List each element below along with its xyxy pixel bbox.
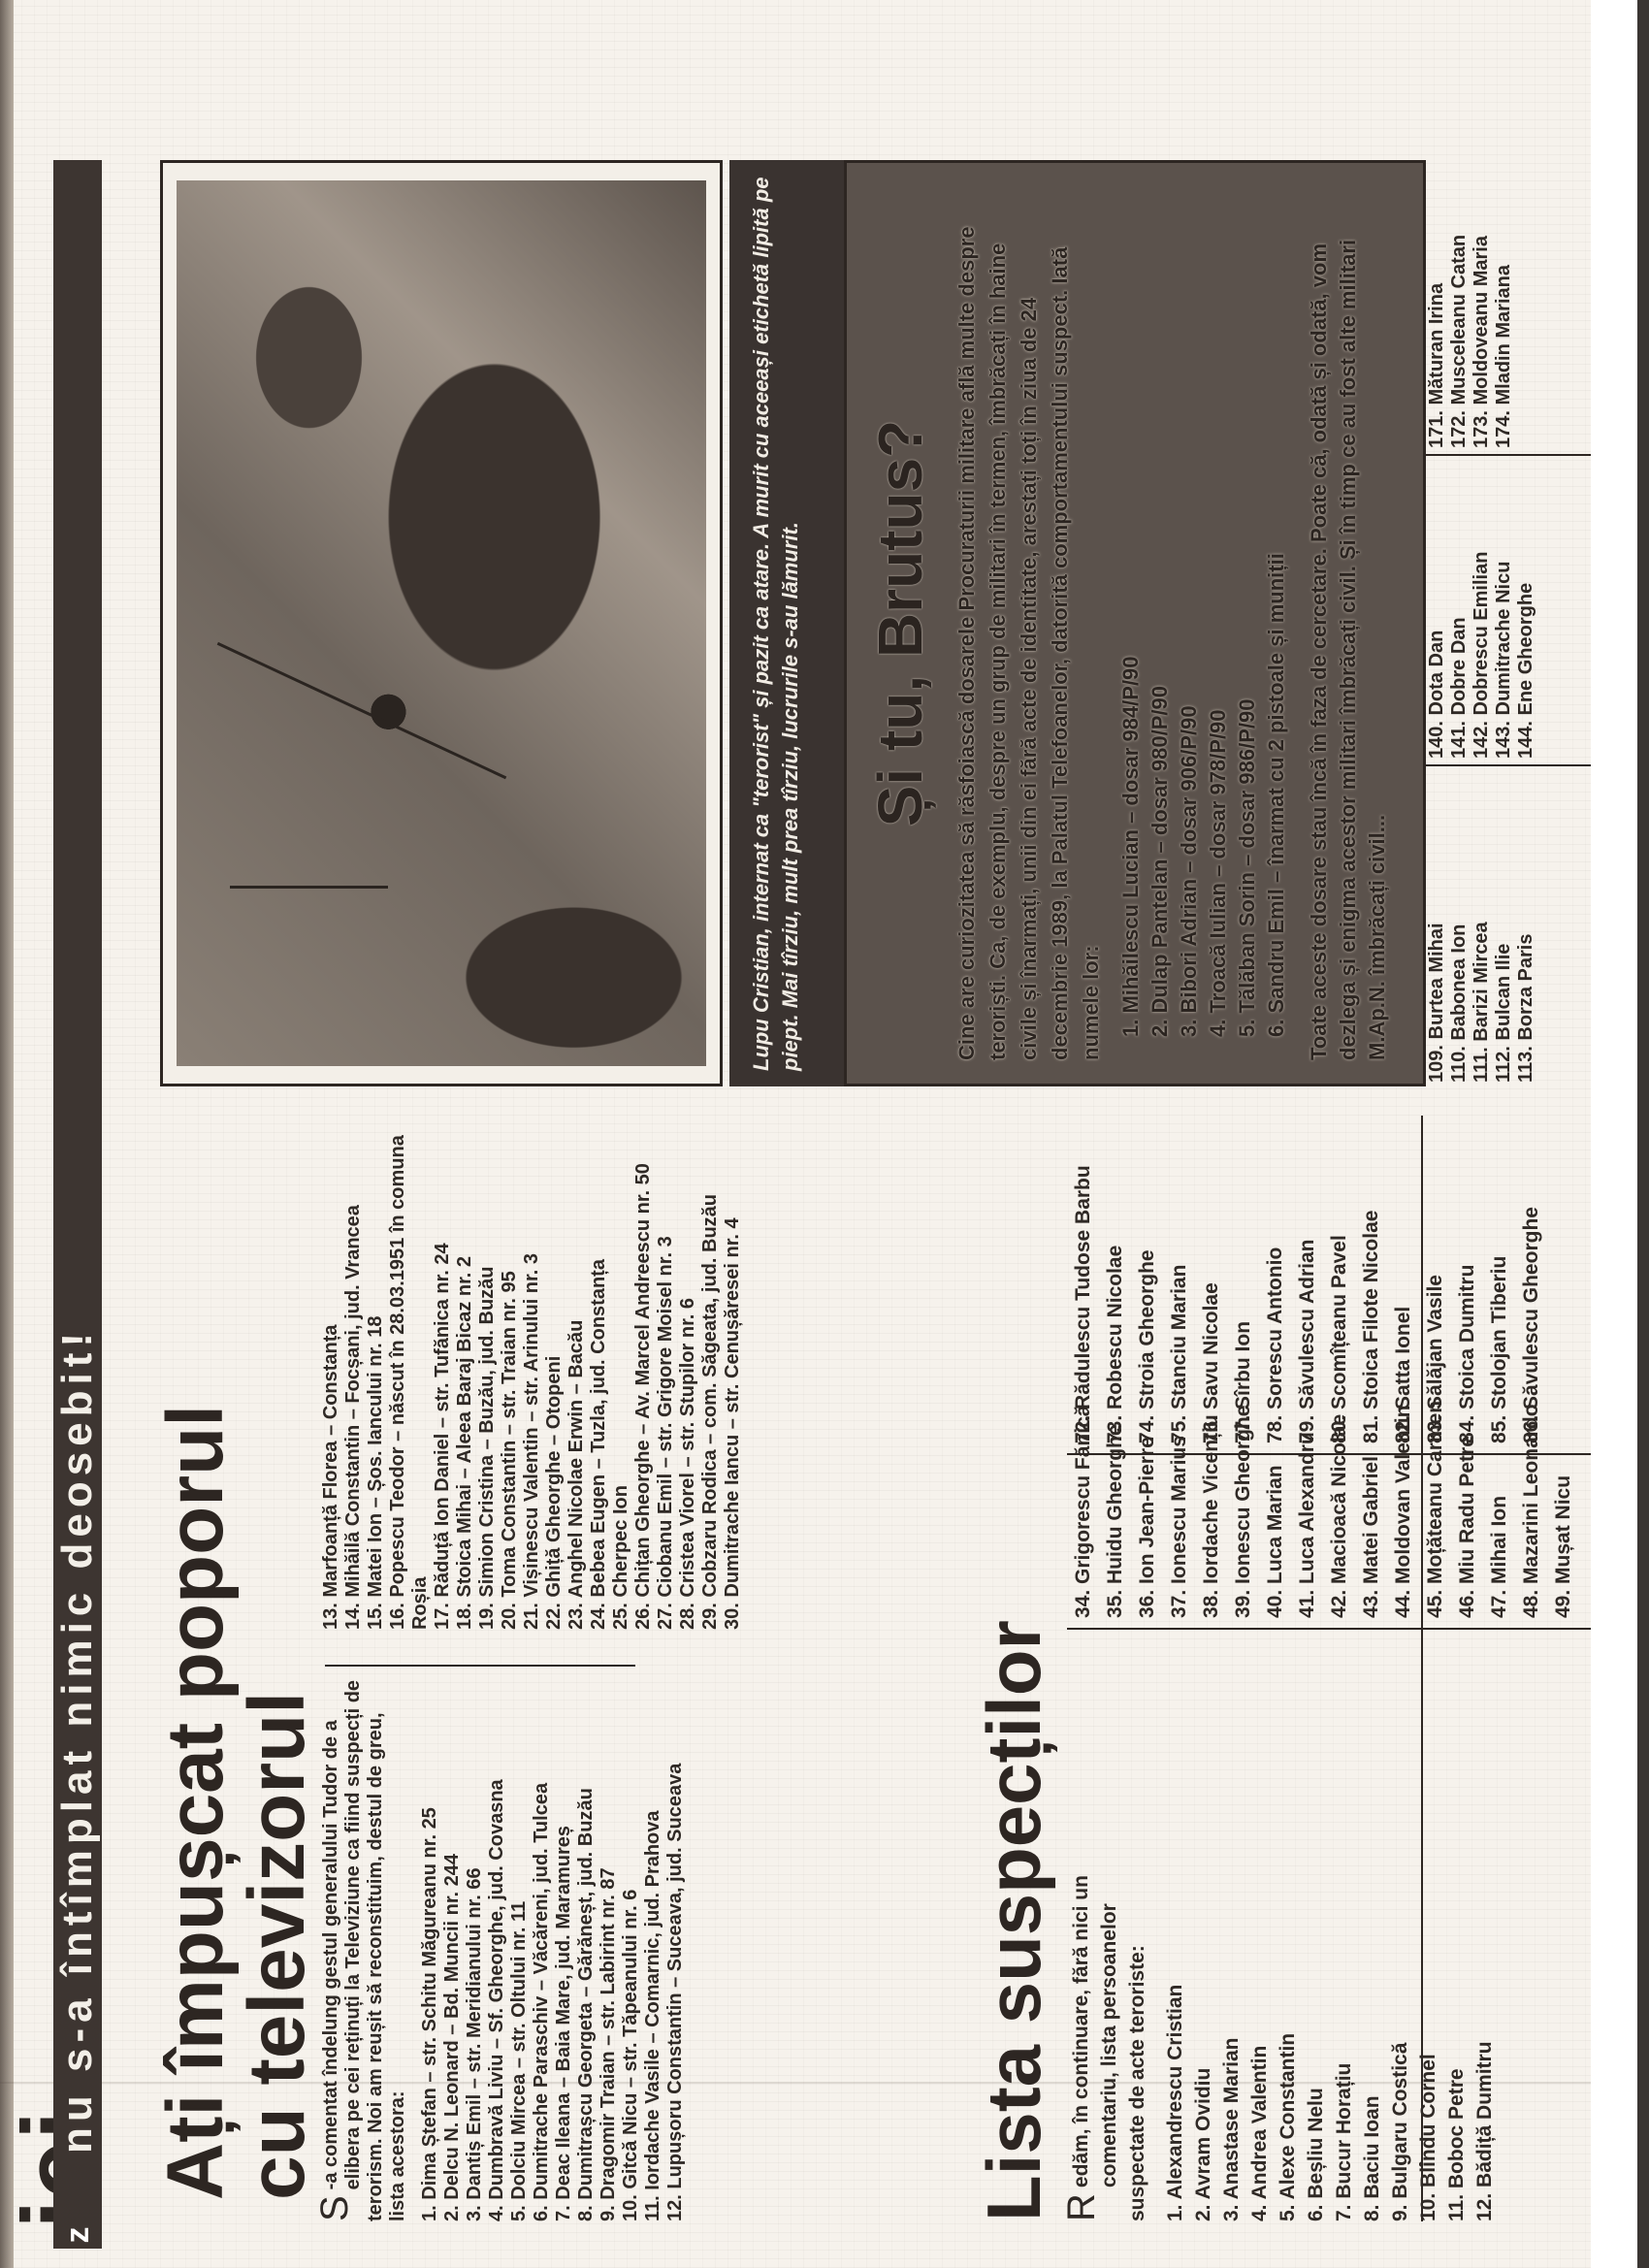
list-item-text: Dantiș Emil – str. Meridianului nr. 66: [464, 1867, 485, 2199]
list-item-text: Cherpec Ion: [610, 1485, 631, 1598]
list-item-text: Dumbravă Liviu – Sf. Gheorghe, jud. Cova…: [486, 1779, 507, 2199]
list-item: 27. Ciobanu Emil – str. Grigore Moisel n…: [655, 1116, 677, 1630]
list-item: 142. Dobrescu Emilian: [1471, 458, 1493, 759]
list-item-number: 1.: [419, 2205, 440, 2221]
list-item: 6. Beșliu Nelu: [1302, 1678, 1330, 2221]
page-marker: z: [53, 2221, 102, 2249]
list-item-number: 113.: [1515, 1046, 1536, 1083]
list-item-number: 78.: [1264, 1415, 1286, 1443]
list-item-number: 48.: [1520, 1590, 1542, 1618]
list-item-number: 141.: [1448, 721, 1470, 759]
list-item-number: 40.: [1264, 1590, 1286, 1618]
list-item-number: 173.: [1471, 410, 1492, 448]
list-item-text: Mihăilă Constantin – Focșani, jud. Vranc…: [342, 1205, 364, 1598]
list-item-number: 172.: [1448, 410, 1470, 448]
list-item: 12. Lupușoru Constantin – Suceava, jud. …: [664, 1678, 687, 2221]
newspaper-page: iei z nu s-a întîmplat nimic deosebit! A…: [0, 0, 1649, 2268]
list-item-text: Matei Ion – Șos. Iancului nr. 18: [365, 1316, 386, 1598]
list-item: 11. Boboc Petre: [1442, 1678, 1471, 2221]
list-item-text: Blîndu Cornel: [1417, 2054, 1439, 2187]
list-item-number: 26.: [632, 1603, 654, 1630]
list-item-number: 25.: [610, 1603, 631, 1630]
list-item: 74. Stroia Gheorghe: [1131, 1114, 1163, 1443]
list-item-text: Popescu Teodor – născut în 28.03.1951 în…: [387, 1135, 431, 1630]
list-item-number: 144.: [1515, 721, 1536, 759]
list-item-text: Stoica Mihai – Aleea Baraj Bicaz nr. 2: [454, 1256, 475, 1598]
list-item-number: 9.: [598, 2205, 619, 2221]
list-item-number: 23.: [566, 1603, 587, 1630]
list-item-text: Andrea Valentin: [1248, 2046, 1271, 2200]
list-item-number: 24.: [588, 1603, 609, 1630]
list-item-number: 44.: [1392, 1590, 1414, 1618]
list-item-number: 1.: [1164, 2204, 1186, 2221]
list-item: 79. Săvulescu Adrian: [1291, 1114, 1323, 1443]
list-item-text: Dobrescu Emilian: [1471, 552, 1492, 716]
suspect-column-4: 109. Burtea Mihai110. Babonea Ion111. Ba…: [1426, 792, 1591, 1083]
list-item: 15. Matei Ion – Șos. Iancului nr. 18: [365, 1116, 387, 1630]
list-item-number: 2.: [441, 2205, 463, 2221]
list-item-number: 7.: [1333, 2204, 1355, 2221]
sidebar-list: 1. Mihăilescu Lucian – dosar 984/P/902. …: [1116, 186, 1291, 1037]
list-item-text: Simion Cristina – Buzău, jud. Buzău: [476, 1266, 498, 1597]
list-item-number: 10.: [620, 2194, 641, 2221]
list-item-number: 18.: [454, 1603, 475, 1630]
list-item-number: 29.: [699, 1603, 721, 1630]
list-item-text: Lupușoru Constantin – Suceava, jud. Suce…: [664, 1764, 686, 2189]
list-item: 25. Cherpec Ion: [610, 1116, 632, 1630]
list-item-text: Dumitrache Paraschiv – Văcăreni, jud. Tu…: [531, 1783, 552, 2200]
list-item-text: Delcu N. Leonard – Bd. Muncii nr. 244: [441, 1854, 463, 2200]
list-item-number: 143.: [1493, 721, 1514, 759]
scan-edge-left: [0, 0, 14, 2268]
sidebar-box-brutus: Și tu, Brutus? Cine are curiozitatea să …: [844, 160, 1426, 1086]
list-item-text: Musceleanu Catan: [1448, 235, 1470, 405]
list-item-text: Răduță Ion Daniel – str. Tufănica nr. 24: [432, 1243, 453, 1597]
list-item-number: 6.: [1305, 2204, 1327, 2221]
photo-caption: Lupu Cristian, internat ca "terorist" și…: [729, 160, 844, 1086]
list-item: 80. Scomîțeanu Pavel: [1323, 1114, 1355, 1443]
list-item-text: Ghiță Gheorghe – Otopeni: [543, 1356, 565, 1598]
list-item-text: Stolojan Tiberiu: [1488, 1256, 1510, 1409]
list-item-text: Avram Ovidiu: [1192, 2068, 1214, 2200]
list-item-number: 38.: [1200, 1590, 1222, 1618]
list-item-text: Savu Nicolae: [1200, 1282, 1222, 1409]
lista-headline: Lista suspecților: [970, 1620, 1057, 2221]
list-item: 73. Robescu Nicolae: [1099, 1114, 1131, 1443]
list-item-number: 79.: [1296, 1415, 1318, 1443]
list-item-text: Toma Constantin – str. Traian nr. 95: [499, 1271, 520, 1597]
list-item-text: Chițan Gheorghe – Av. Marcel Andreescu n…: [632, 1163, 654, 1598]
list-item-number: 174.: [1493, 410, 1514, 448]
list-item-number: 42.: [1328, 1590, 1350, 1618]
list-item-text: Stroia Gheorghe: [1136, 1249, 1158, 1409]
list-item: 140. Dota Dan: [1426, 458, 1448, 759]
list-item-text: Bulcan Ilie: [1493, 944, 1514, 1041]
list-item: 13. Marfoanță Florea – Constanța: [320, 1116, 342, 1630]
list-item-text: Stoica Dumitru: [1456, 1265, 1478, 1409]
list-item-number: 45.: [1424, 1590, 1446, 1618]
list-item-number: 1.: [1118, 1020, 1143, 1037]
list-item-text: Bibori Adrian – dosar 906/P/90: [1177, 705, 1201, 1013]
list-item-number: 8.: [1361, 2204, 1383, 2221]
list-item: 84. Stoica Dumitru: [1451, 1114, 1483, 1443]
list-item-number: 7.: [553, 2205, 574, 2221]
dropcap: R: [1067, 2193, 1096, 2221]
list-item: 29. Cobzaru Rodica – com. Săgeata, jud. …: [699, 1116, 722, 1630]
list-item-number: 111.: [1471, 1047, 1492, 1083]
list-item: 113. Borza Paris: [1515, 792, 1537, 1083]
list-item: 141. Dobre Dan: [1448, 458, 1471, 759]
column-divider: [325, 1665, 635, 1667]
list-item-number: 86.: [1520, 1415, 1542, 1443]
list-item: 5. Dolciu Mircea – str. Oltului nr. 11: [508, 1678, 531, 2221]
list-item-number: 3.: [1177, 1020, 1201, 1037]
list-item-number: 46.: [1456, 1590, 1478, 1618]
list-item-number: 11.: [642, 2195, 663, 2221]
list-item: 28. Cristea Viorel – str. Stupilor nr. 6: [677, 1116, 699, 1630]
list-item-text: Satta Ionel: [1392, 1307, 1414, 1409]
list-item: 78. Sorescu Antonio: [1259, 1114, 1291, 1443]
list-item: 4. Dumbravă Liviu – Sf. Gheorghe, jud. C…: [486, 1678, 508, 2221]
list-item-text: Miu Radu Petre: [1456, 1436, 1478, 1584]
list-item-number: 34.: [1072, 1590, 1094, 1618]
list-item: 2. Delcu N. Leonard – Bd. Muncii nr. 244: [441, 1678, 464, 2221]
list-item-text: Troacă Iulian – dosar 978/P/90: [1206, 709, 1230, 1013]
list-item-number: 82.: [1392, 1415, 1414, 1443]
column-divider: [1067, 1628, 1591, 1630]
list-item-number: 12.: [664, 2194, 686, 2221]
list-item: 172. Musceleanu Catan: [1448, 157, 1471, 448]
headline-line-1: Ați împușcat poporul: [155, 1085, 237, 2200]
list-item-number: 6.: [1264, 1020, 1288, 1037]
list-item-number: 5.: [508, 2205, 530, 2221]
list-item-number: 73.: [1104, 1415, 1126, 1443]
list-item: 9. Dragomir Traian – str. Labirint nr. 8…: [598, 1678, 620, 2221]
list-item: 85. Stolojan Tiberiu: [1483, 1114, 1515, 1443]
list-item: 3. Bibori Adrian – dosar 906/P/90: [1175, 186, 1204, 1037]
list-item: 110. Babonea Ion: [1448, 792, 1471, 1083]
list-item: 77. Sîrbu Ion: [1227, 1114, 1259, 1443]
list-item-text: Babonea Ion: [1448, 924, 1470, 1041]
list-item-number: 2.: [1192, 2204, 1214, 2221]
list-item-number: 35.: [1104, 1590, 1126, 1618]
list-item-text: Anastase Marian: [1220, 2038, 1243, 2200]
list-item-text: Dumitrache Nicu: [1493, 562, 1514, 716]
photo-detail: [230, 886, 389, 889]
list-item: 14. Mihăilă Constantin – Focșani, jud. V…: [342, 1116, 365, 1630]
list-item: 72. Rădulescu Tudose Barbu: [1067, 1114, 1099, 1443]
list-item-text: Mihai Ion: [1488, 1496, 1510, 1584]
list-item: 11. Iordache Vasile – Comarnic, jud. Pra…: [642, 1678, 664, 2221]
list-item-number: 77.: [1232, 1415, 1254, 1443]
list-item-text: Vișinescu Valentin – str. Arinului nr. 3: [521, 1253, 542, 1598]
list-item: 9. Bulgaru Costică: [1386, 1678, 1414, 2221]
list-item-number: 16.: [387, 1603, 408, 1630]
list-item: 6. Dumitrache Paraschiv – Văcăreni, jud.…: [531, 1678, 553, 2221]
list-item-number: 4.: [486, 2205, 507, 2221]
list-item-text: Luca Marian: [1264, 1465, 1286, 1584]
list-item-number: 142.: [1471, 721, 1492, 759]
list-item: 5. Tălăban Sorin – dosar 986/P/90: [1233, 186, 1262, 1037]
list-item-text: Beșliu Nelu: [1305, 2088, 1327, 2198]
list-item-number: 12.: [1473, 2193, 1496, 2221]
lista-intro: Redăm, în continuare, fără nici un comen…: [1067, 1872, 1151, 2221]
list-item-number: 4.: [1206, 1020, 1230, 1037]
list-item-text: Dumitrașcu Georgeta – Gărăneșt, jud. Buz…: [575, 1788, 597, 2200]
list-item: 19. Simion Cristina – Buzău, jud. Buzău: [476, 1116, 499, 1630]
list-item: 2. Avram Ovidiu: [1189, 1678, 1217, 2221]
list-item-text: Alexe Constantin: [1277, 2033, 1299, 2200]
list-item: 76. Savu Nicolae: [1195, 1114, 1227, 1443]
list-item: 24. Bebea Eugen – Tuzla, jud. Constanța: [588, 1116, 610, 1630]
list-item: 2. Dulap Pantelan – dosar 980/P/90: [1146, 186, 1175, 1037]
detainee-list-13-30: 13. Marfoanță Florea – Constanța14. Mihă…: [320, 1116, 744, 1630]
list-item-text: Anghel Nicolae Erwin – Bacău: [566, 1320, 587, 1599]
list-item: 16. Popescu Teodor – născut în 28.03.195…: [387, 1116, 432, 1630]
list-item-number: 14.: [342, 1603, 364, 1630]
list-item-text: Gitcă Nicu – str. Tăpeanului nr. 6: [620, 1890, 641, 2189]
list-item-text: Săvulescu Adrian: [1296, 1239, 1318, 1409]
list-item: 8. Baciu Ioan: [1358, 1678, 1386, 2221]
list-item-number: 5.: [1277, 2204, 1299, 2221]
list-item-text: Dobre Dan: [1448, 617, 1470, 715]
list-item-text: Bulgaru Costică: [1389, 2043, 1411, 2199]
scan-margin: [1591, 0, 1649, 2268]
list-item-text: Robescu Nicolae: [1104, 1246, 1126, 1409]
article-column-left: S-a comentat îndelung gestul generalului…: [320, 1678, 687, 2221]
list-item-number: 75.: [1168, 1415, 1190, 1443]
list-item-number: 20.: [499, 1603, 520, 1630]
detainee-list-1-12: 1. Dima Ștefan – str. Schitu Măgureanu n…: [419, 1678, 687, 2221]
list-item-number: 112.: [1493, 1046, 1514, 1083]
list-item: 174. Mladin Mariana: [1493, 157, 1515, 448]
list-item: 82. Satta Ionel: [1387, 1114, 1419, 1443]
list-item-text: Moldoveanu Maria: [1471, 236, 1492, 405]
list-item-text: Dima Ștefan – str. Schitu Măgureanu nr. …: [419, 1807, 440, 2200]
list-item: 75. Stanciu Marian: [1163, 1114, 1195, 1443]
list-item-number: 4.: [1248, 2204, 1271, 2221]
list-item-number: 15.: [365, 1603, 386, 1630]
column-divider: [1426, 454, 1591, 456]
list-item: 6. Sandru Emil – înarmat cu 2 pistoale ș…: [1262, 186, 1291, 1037]
list-item: 17. Răduță Ion Daniel – str. Tufănica nr…: [432, 1116, 454, 1630]
list-item-number: 21.: [521, 1603, 542, 1630]
list-item-text: Dolciu Mircea – str. Oltului nr. 11: [508, 1901, 530, 2200]
list-item-text: Ionescu Marius: [1168, 1436, 1190, 1584]
list-item: 109. Burtea Mihai: [1426, 792, 1448, 1083]
list-item-number: 80.: [1328, 1415, 1350, 1443]
list-item: 4. Troacă Iulian – dosar 978/P/90: [1204, 186, 1233, 1037]
list-item-text: Ciobanu Emil – str. Grigore Moisel nr. 3: [655, 1236, 676, 1597]
list-item-text: Sălăjan Vasile: [1424, 1275, 1446, 1409]
headline-line-2: cu televizorul: [237, 1085, 318, 2200]
list-item: 5. Alexe Constantin: [1274, 1678, 1302, 2221]
list-item: 12. Bădiță Dumitru: [1471, 1678, 1499, 2221]
list-item-text: Baciu Ioan: [1361, 2095, 1383, 2198]
list-item-number: 84.: [1456, 1415, 1478, 1443]
list-item-number: 6.: [531, 2205, 552, 2221]
list-item: 1. Mihăilescu Lucian – dosar 984/P/90: [1116, 186, 1146, 1037]
list-item: 81. Stoica Filote Nicolae: [1355, 1114, 1387, 1443]
list-item-text: Dumitrache Iancu – str. Cenușăresei nr. …: [722, 1217, 743, 1597]
list-item: 30. Dumitrache Iancu – str. Cenușăresei …: [722, 1116, 744, 1630]
list-item-number: 76.: [1200, 1415, 1222, 1443]
list-item-text: Mladin Mariana: [1493, 265, 1514, 405]
section-header-band: nu s-a întîmplat nimic deosebit!: [53, 160, 102, 2221]
list-item: 10. Gitcă Nicu – str. Tăpeanului nr. 6: [620, 1678, 642, 2221]
sidebar-body: Cine are curiozitatea să răsfoiască dosa…: [952, 186, 1107, 1060]
list-item: 23. Anghel Nicolae Erwin – Bacău: [566, 1116, 588, 1630]
suspect-column-3: 72. Rădulescu Tudose Barbu73. Robescu Ni…: [1067, 1114, 1547, 1443]
list-item-number: 3.: [464, 2205, 485, 2221]
list-item: 143. Dumitrache Nicu: [1493, 458, 1515, 759]
list-item: 18. Stoica Mihai – Aleea Baraj Bicaz nr.…: [454, 1116, 476, 1630]
list-item-text: Iordache Vasile – Comarnic, jud. Prahova: [642, 1810, 663, 2189]
photo-detail: [217, 642, 506, 779]
list-item-text: Dota Dan: [1426, 631, 1447, 716]
list-item-text: Săvulescu Gheorghe: [1520, 1207, 1542, 1409]
list-item: 7. Deac Ileana – Baia Mare, jud. Maramur…: [553, 1678, 575, 2221]
list-item-text: Tălăban Sorin – dosar 986/P/90: [1235, 698, 1259, 1013]
list-item-text: Sîrbu Ion: [1232, 1321, 1254, 1409]
list-item-number: 83.: [1424, 1415, 1446, 1443]
list-item-text: Bebea Eugen – Tuzla, jud. Constanța: [588, 1259, 609, 1598]
article-column-right: 13. Marfoanță Florea – Constanța14. Mihă…: [320, 1116, 744, 1630]
list-item-number: 74.: [1136, 1415, 1158, 1443]
list-item-text: Barizi Mircea: [1471, 922, 1492, 1041]
photo-terrorist-suspect: [177, 180, 706, 1066]
list-item-text: Boboc Petre: [1445, 2068, 1468, 2188]
scanner-edge: [1637, 0, 1649, 2268]
list-item: 112. Bulcan Ilie: [1493, 792, 1515, 1083]
list-item-text: Matei Gabriel: [1360, 1456, 1382, 1584]
list-item-number: 140.: [1426, 721, 1447, 759]
suspect-list-72-86: 72. Rădulescu Tudose Barbu73. Robescu Ni…: [1067, 1114, 1547, 1443]
suspect-list-171: 171. Măturan Irina172. Musceleanu Catan1…: [1426, 157, 1515, 448]
list-item-number: 22.: [543, 1603, 565, 1630]
list-item: 1. Alexandrescu Cristian: [1161, 1678, 1189, 2221]
list-item-number: 5.: [1235, 1020, 1259, 1037]
list-item: 171. Măturan Irina: [1426, 157, 1448, 448]
list-item-text: Mihăilescu Lucian – dosar 984/P/90: [1118, 656, 1143, 1013]
list-item-number: 109.: [1426, 1045, 1447, 1083]
list-item-text: Dragomir Traian – str. Labirint nr. 87: [598, 1867, 619, 2199]
list-item: 49. Mușat Nicu: [1547, 1298, 1579, 1618]
list-item: 3. Dantiș Emil – str. Meridianului nr. 6…: [464, 1678, 486, 2221]
list-item-text: Mușat Nicu: [1552, 1475, 1574, 1584]
list-item-number: 37.: [1168, 1590, 1190, 1618]
list-item: 1. Dima Ștefan – str. Schitu Măgureanu n…: [419, 1678, 441, 2221]
list-item: 7. Bucur Horațiu: [1330, 1678, 1358, 2221]
list-item-text: Sorescu Antonio: [1264, 1247, 1286, 1409]
list-item-number: 2.: [1148, 1020, 1172, 1037]
list-item-text: Deac Ileana – Baia Mare, jud. Maramureș: [553, 1826, 574, 2200]
list-item-text: Scomîțeanu Pavel: [1328, 1235, 1350, 1409]
list-item: 26. Chițan Gheorghe – Av. Marcel Andrees…: [632, 1116, 655, 1630]
list-item-number: 11.: [1445, 2194, 1468, 2221]
list-item-number: 3.: [1220, 2204, 1243, 2221]
list-item: 8. Dumitrașcu Georgeta – Gărăneșt, jud. …: [575, 1678, 598, 2221]
list-item-text: Borza Paris: [1515, 934, 1536, 1041]
suspect-column-1: Redăm, în continuare, fără nici un comen…: [1067, 1678, 1499, 2221]
column-divider: [1426, 764, 1591, 766]
list-item-text: Huidu Gheorghe: [1104, 1424, 1126, 1584]
list-item-number: 9.: [1389, 2204, 1411, 2221]
dropcap: S: [320, 2195, 349, 2221]
list-item-number: 49.: [1552, 1590, 1574, 1618]
list-item-number: 27.: [655, 1603, 676, 1630]
list-item-text: Burtea Mihai: [1426, 923, 1447, 1039]
list-item: 22. Ghiță Gheorghe – Otopeni: [543, 1116, 566, 1630]
list-item-number: 41.: [1296, 1590, 1318, 1618]
list-item-text: Marfoanță Florea – Constanța: [320, 1324, 341, 1597]
list-item: 144. Ene Gheorghe: [1515, 458, 1537, 759]
article-headline: Ați împușcat poporul cu televizorul: [155, 1085, 318, 2200]
list-item-text: Sandru Emil – înarmat cu 2 pistoale și m…: [1264, 553, 1288, 1013]
suspect-list-109: 109. Burtea Mihai110. Babonea Ion111. Ba…: [1426, 792, 1537, 1083]
list-item: 86. Săvulescu Gheorghe: [1515, 1114, 1547, 1443]
list-item-number: 72.: [1072, 1415, 1094, 1443]
sidebar-footer: Toate aceste dosare stau încă în faza de…: [1305, 186, 1392, 1060]
suspect-column-5: 140. Dota Dan141. Dobre Dan142. Dobrescu…: [1426, 458, 1591, 759]
suspect-list-140: 140. Dota Dan141. Dobre Dan142. Dobrescu…: [1426, 458, 1537, 759]
list-item-number: 36.: [1136, 1590, 1158, 1618]
list-item-text: Cobzaru Rodica – com. Săgeata, jud. Buză…: [699, 1194, 721, 1598]
list-item-number: 171.: [1426, 410, 1447, 448]
photo-frame: [160, 160, 723, 1086]
list-item-number: 28.: [677, 1603, 698, 1630]
list-item-text: Stanciu Marian: [1168, 1265, 1190, 1409]
list-item-text: Ion Jean-Pierre: [1136, 1437, 1158, 1584]
list-item: 173. Moldoveanu Maria: [1471, 157, 1493, 448]
list-item-text: Dulap Pantelan – dosar 980/P/90: [1148, 686, 1172, 1013]
list-item-text: Bucur Horațiu: [1333, 2063, 1355, 2199]
suspect-column-6: 171. Măturan Irina172. Musceleanu Catan1…: [1426, 157, 1591, 448]
article-intro: S-a comentat îndelung gestul generalului…: [320, 1678, 409, 2221]
column-divider: [1067, 1453, 1591, 1455]
list-item: 111. Barizi Mircea: [1471, 792, 1493, 1083]
list-item-number: 43.: [1360, 1590, 1382, 1618]
list-item-number: 10.: [1417, 2193, 1439, 2221]
suspect-list-1-12: 1. Alexandrescu Cristian2. Avram Ovidiu3…: [1161, 1678, 1499, 2221]
list-item-text: Cristea Viorel – str. Stupilor nr. 6: [677, 1298, 698, 1598]
list-item: 83. Sălăjan Vasile: [1419, 1114, 1451, 1443]
list-item: 4. Andrea Valentin: [1245, 1678, 1274, 2221]
list-item: 21. Vișinescu Valentin – str. Arinului n…: [521, 1116, 543, 1630]
list-item-number: 30.: [722, 1603, 743, 1630]
list-item: 3. Anastase Marian: [1217, 1678, 1245, 2221]
list-item-text: Ene Gheorghe: [1515, 583, 1536, 716]
list-item-text: Bădiță Dumitru: [1473, 2041, 1496, 2187]
list-item-text: Măturan Irina: [1426, 283, 1447, 405]
list-item: 10. Blîndu Cornel: [1414, 1678, 1442, 2221]
list-item-number: 47.: [1488, 1590, 1510, 1618]
list-item-number: 110.: [1448, 1046, 1470, 1083]
list-item-number: 19.: [476, 1603, 498, 1630]
list-item-number: 13.: [320, 1603, 341, 1630]
list-item: 20. Toma Constantin – str. Traian nr. 95: [499, 1116, 521, 1630]
list-item-number: 85.: [1488, 1415, 1510, 1443]
list-item-number: 8.: [575, 2205, 597, 2221]
list-item-text: Alexandrescu Cristian: [1164, 1985, 1186, 2200]
list-item-number: 81.: [1360, 1415, 1382, 1443]
list-item-number: 39.: [1232, 1590, 1254, 1618]
list-item-text: Stoica Filote Nicolae: [1360, 1211, 1382, 1409]
list-item-text: Rădulescu Tudose Barbu: [1072, 1165, 1094, 1409]
list-item-number: 17.: [432, 1603, 453, 1630]
sidebar-title: Și tu, Brutus?: [866, 186, 934, 1060]
